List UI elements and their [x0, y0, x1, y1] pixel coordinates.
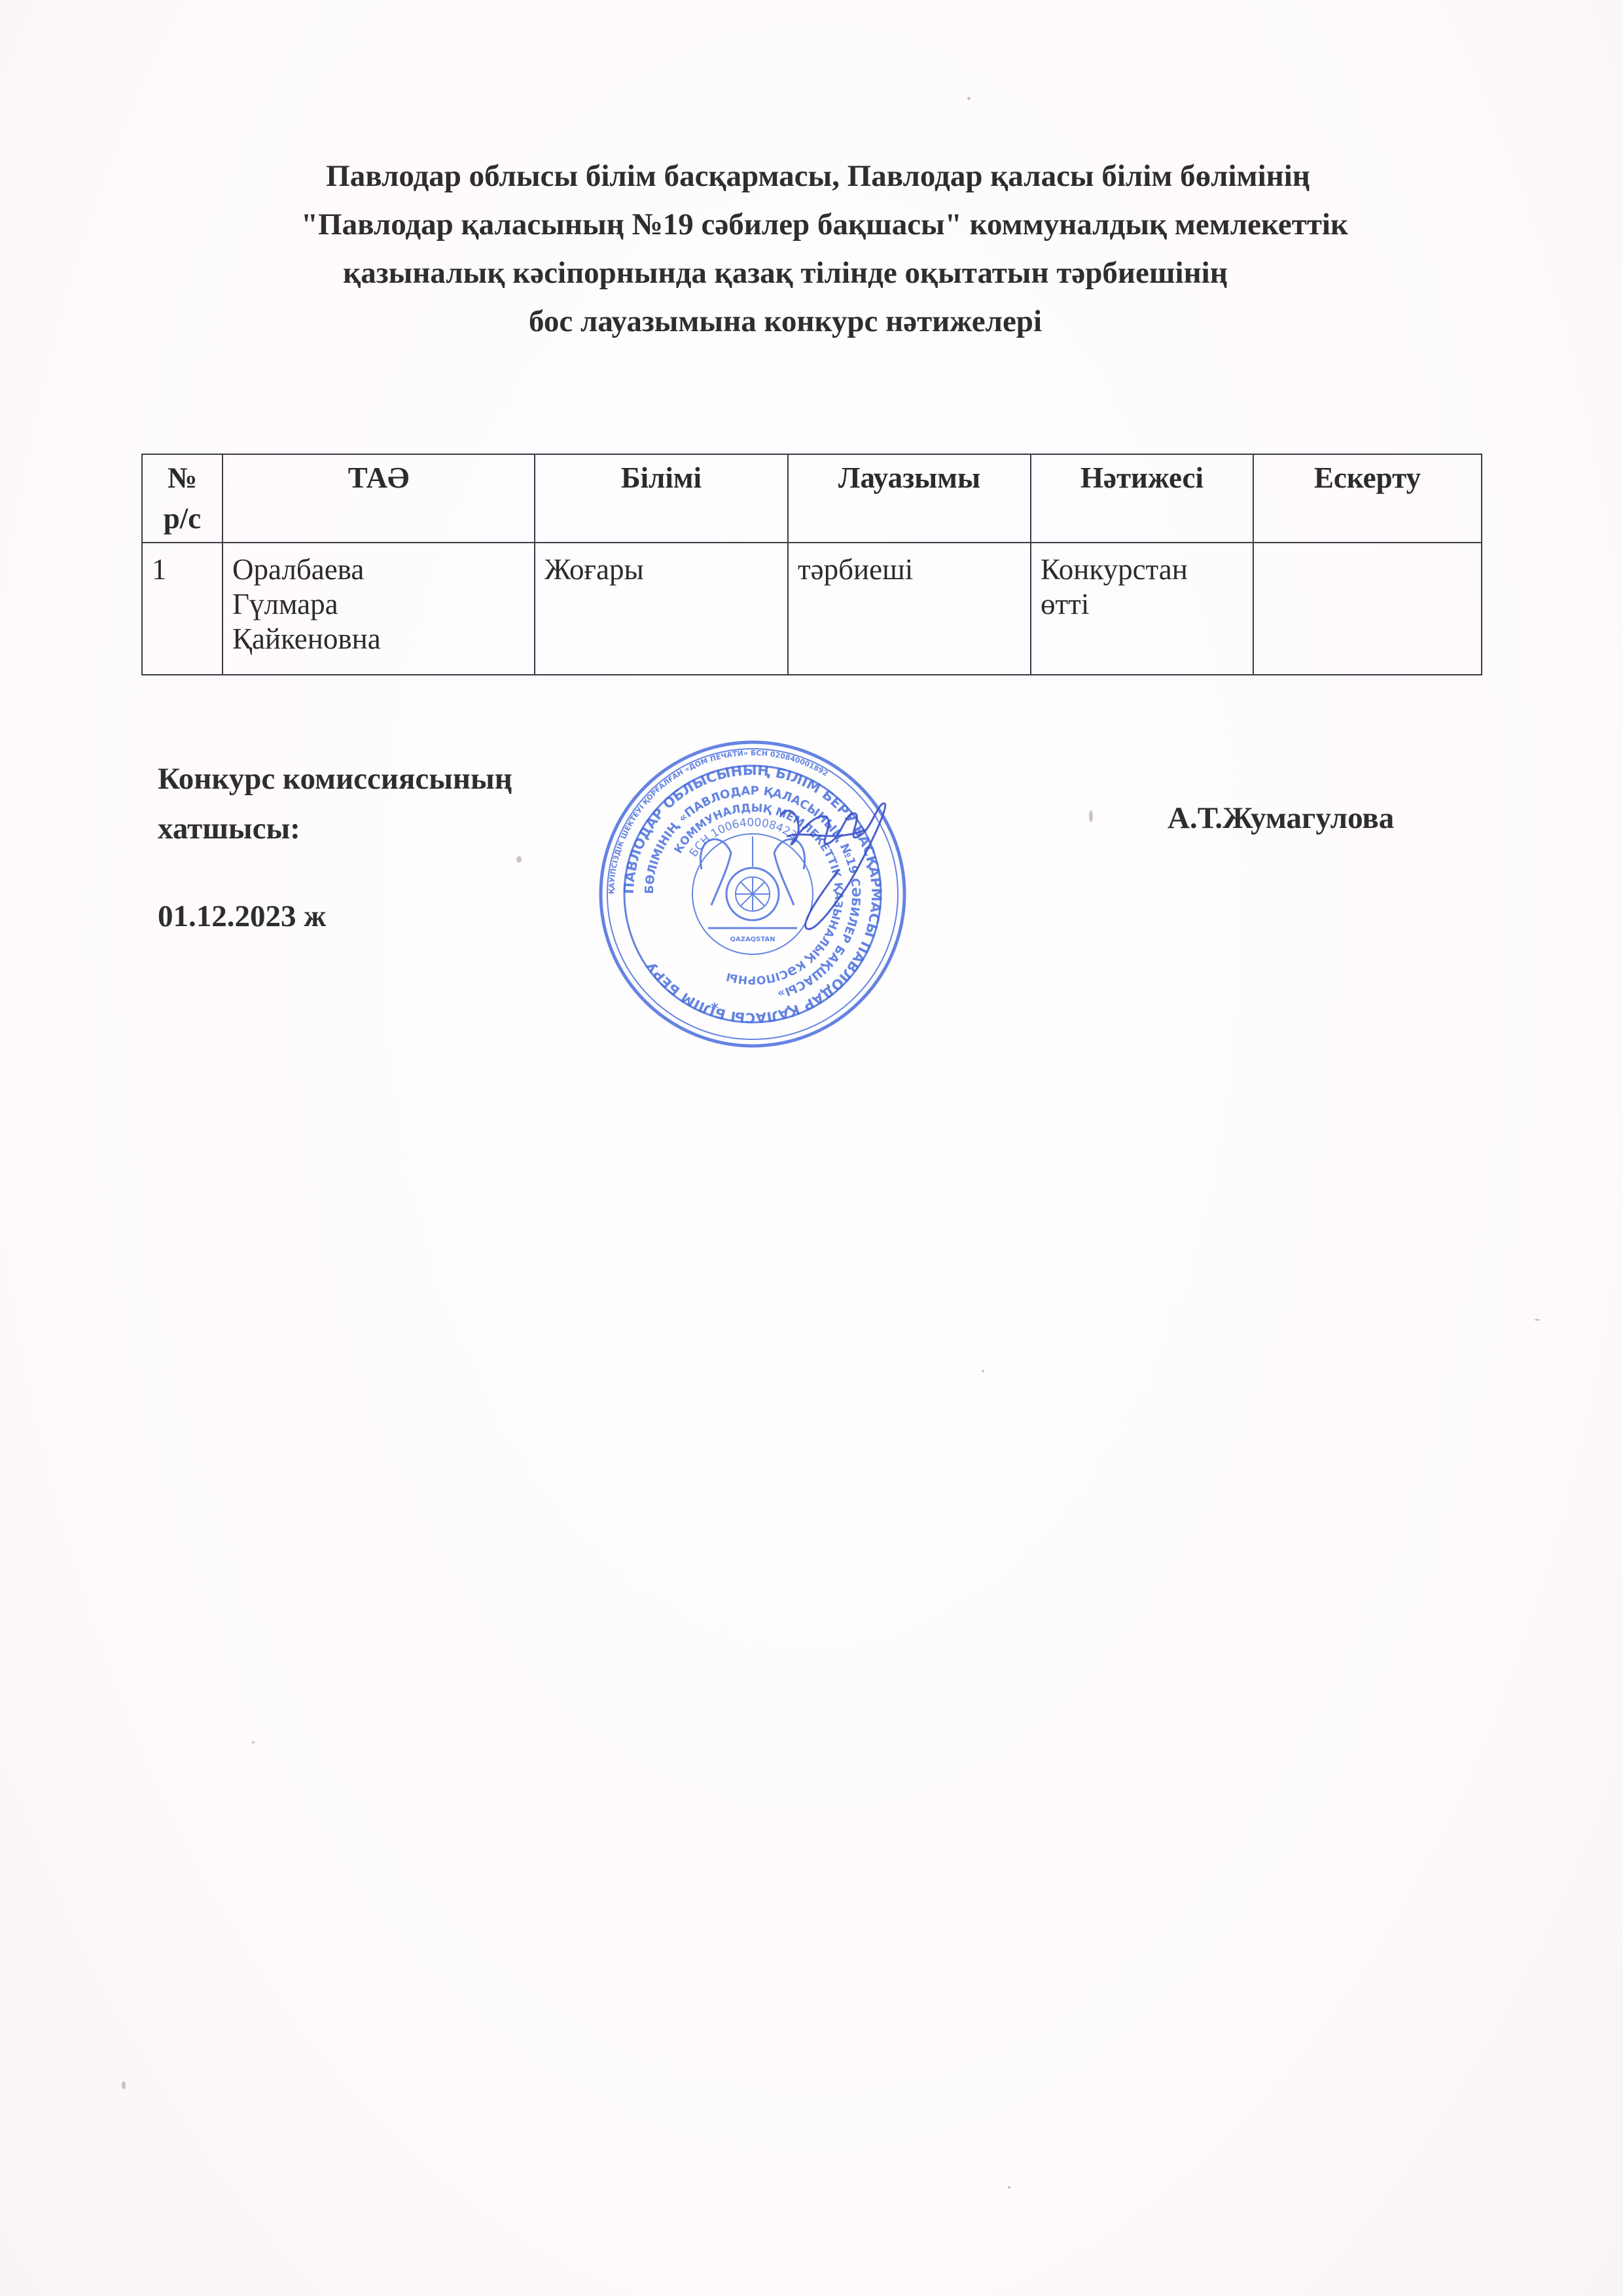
cell-number: 1 [142, 543, 223, 675]
table-row: 1 Оралбаева Гүлмара Қайкеновна Жоғары тә… [142, 543, 1482, 675]
paper-speck [252, 1741, 255, 1744]
document-page: Павлодар облысы білім басқармасы, Павлод… [0, 0, 1623, 2296]
title-line: қазыналық кәсіпорнында қазақ тілінде оқы… [0, 249, 1623, 297]
signatory-name: А.Т.Жумагулова [1168, 798, 1394, 838]
signature-date: 01.12.2023 ж [158, 897, 326, 936]
header-number: № р/с [142, 454, 223, 543]
svg-text:*: * [711, 1001, 719, 1017]
official-stamp-icon: ҚАУІПСІЗДІК ШЕКТЕУІ ҚОРҒАЛҒАН «ДОМ ПЕЧАТ… [597, 738, 908, 1050]
results-table: № р/с ТАӘ Білімі Лауазымы Нәтижесі Ескер… [141, 454, 1482, 675]
cell-result: Конкурстан өтті [1031, 543, 1253, 675]
cell-education: Жоғары [535, 543, 788, 675]
table-header-row: № р/с ТАӘ Білімі Лауазымы Нәтижесі Ескер… [142, 454, 1482, 543]
document-title: Павлодар облысы білім басқармасы, Павлод… [0, 152, 1623, 346]
paper-speck [1089, 810, 1093, 822]
header-note: Ескерту [1253, 454, 1482, 543]
signature-label: Конкурс комиссиясының хатшысы: [158, 754, 512, 853]
paper-speck [982, 1370, 984, 1372]
title-line: бос лауазымына конкурс нәтижелері [0, 297, 1623, 346]
header-full-name: ТАӘ [223, 454, 535, 543]
cell-full-name: Оралбаева Гүлмара Қайкеновна [223, 543, 535, 675]
header-position: Лауазымы [788, 454, 1031, 543]
header-result: Нәтижесі [1031, 454, 1253, 543]
cell-position: тәрбиеші [788, 543, 1031, 675]
paper-speck [122, 2081, 126, 2089]
header-education: Білімі [535, 454, 788, 543]
title-line: Павлодар облысы білім басқармасы, Павлод… [0, 152, 1623, 200]
svg-text:QAZAQSTAN: QAZAQSTAN [730, 936, 775, 943]
cell-note [1253, 543, 1482, 675]
title-line: "Павлодар қаласының №19 сәбилер бақшасы"… [0, 200, 1623, 249]
paper-speck [967, 97, 971, 100]
paper-speck [516, 856, 522, 863]
paper-speck [1008, 2186, 1010, 2189]
paper-speck [1535, 1319, 1540, 1321]
